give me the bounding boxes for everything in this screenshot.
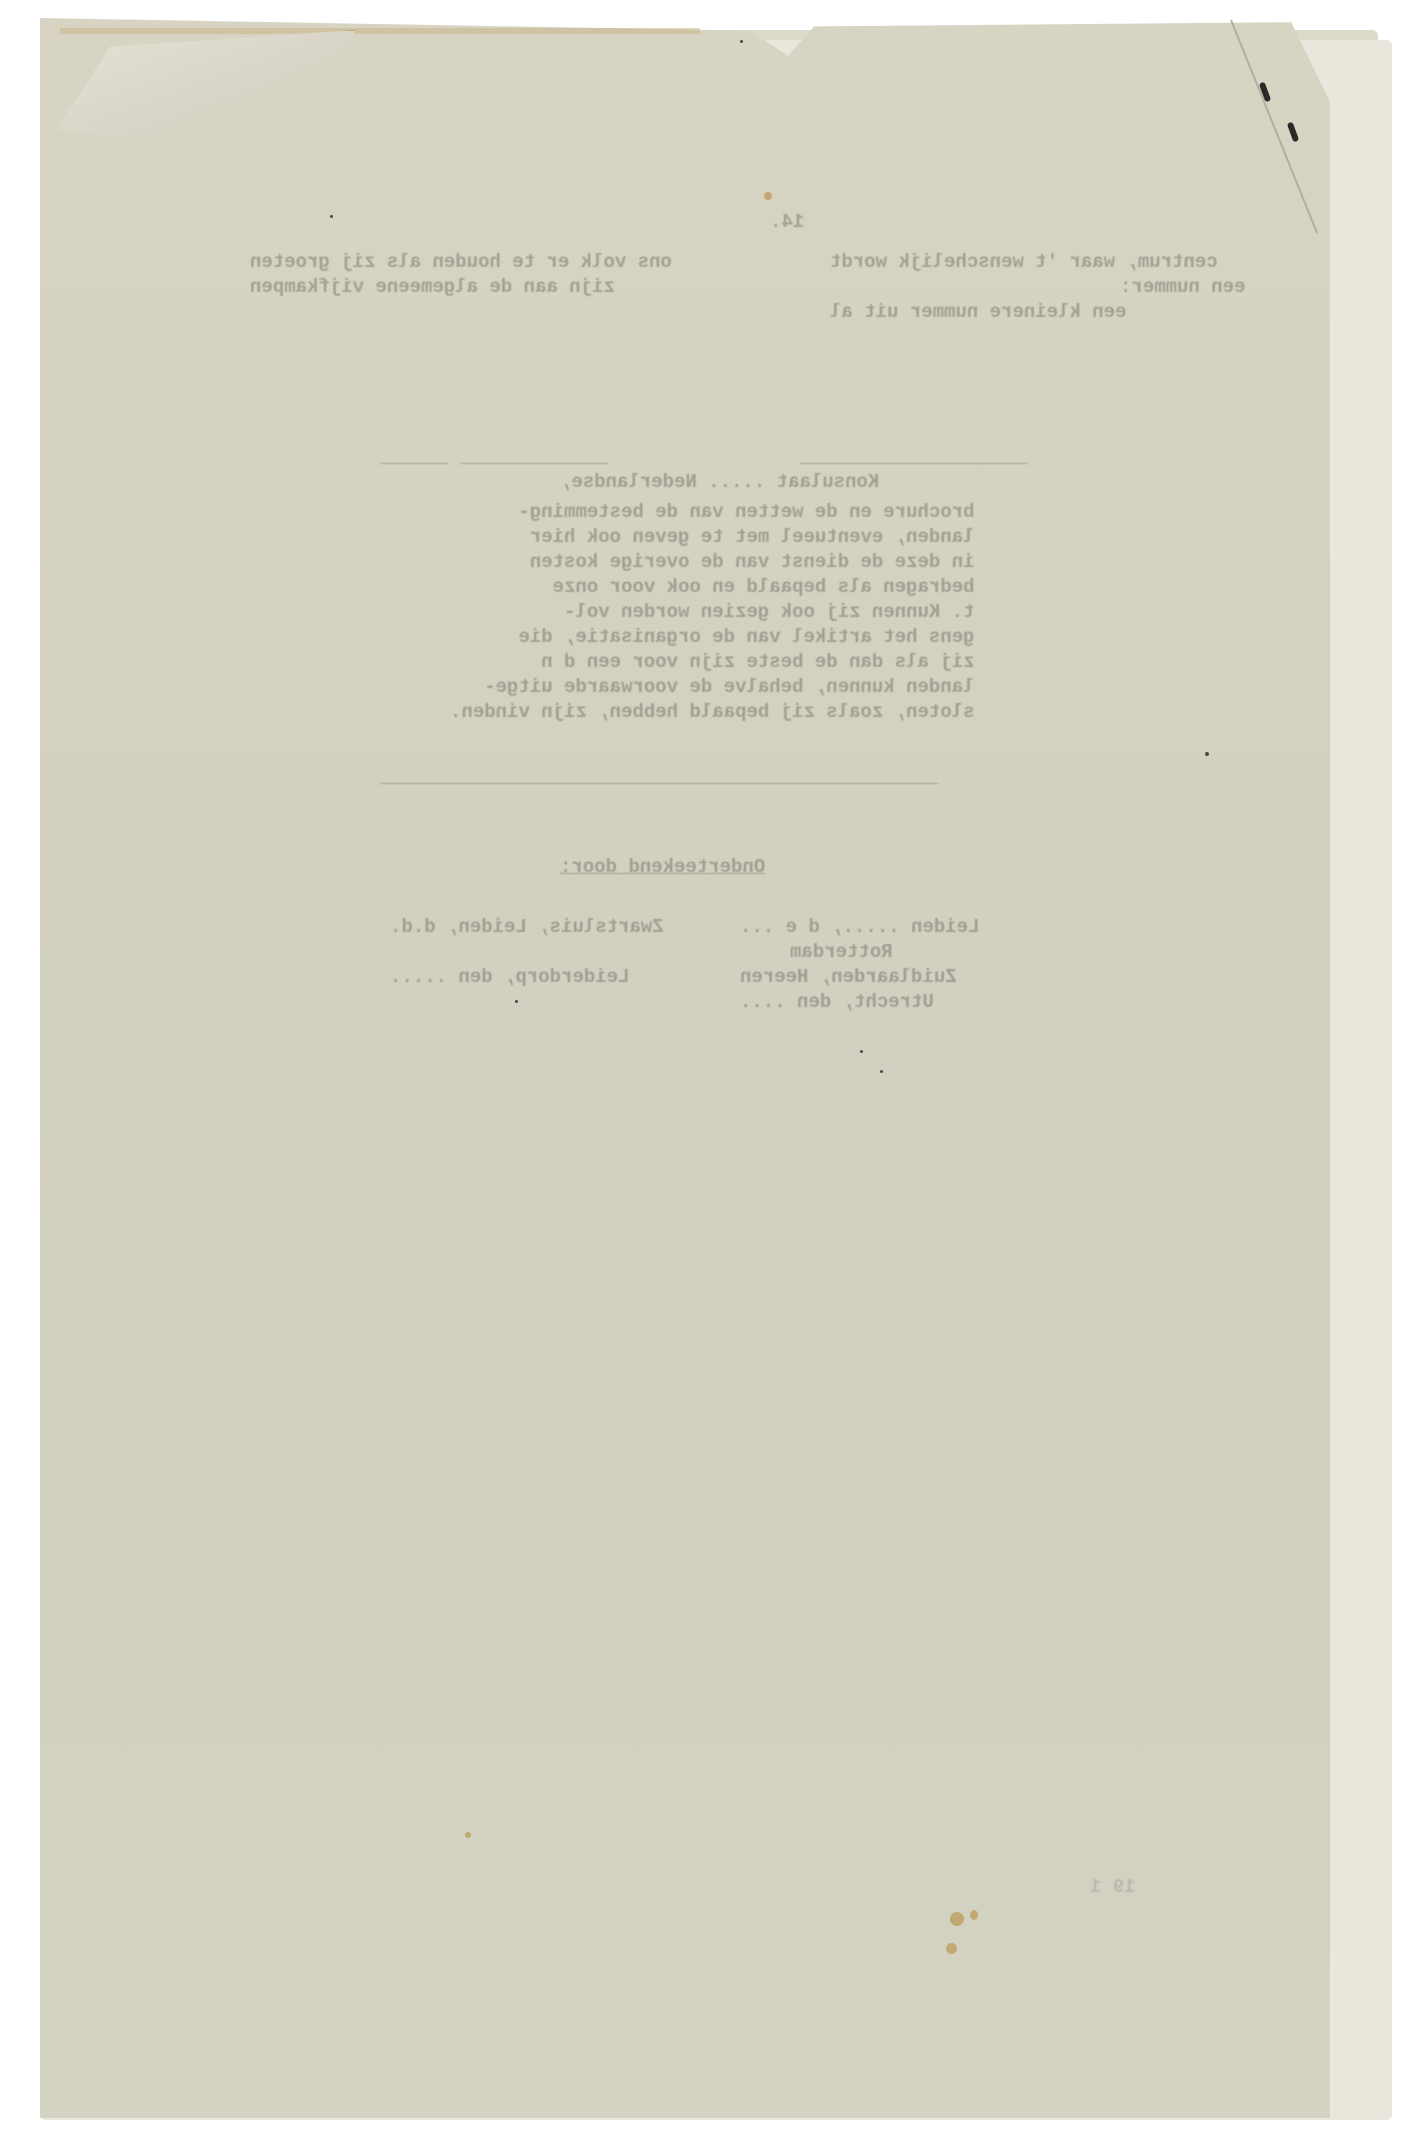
top-left-line-3: een kleinere nummer uit al <box>830 300 1126 325</box>
signature-heading: Onderteekend door: <box>560 855 765 880</box>
footer-mark: 19 1 <box>1090 1875 1136 1900</box>
speck <box>740 40 743 43</box>
main-heading-right: ____________________ <box>800 445 1028 470</box>
speck <box>880 1070 883 1073</box>
main-rule: ________________________________________… <box>380 765 939 790</box>
stain <box>764 192 772 200</box>
stain <box>950 1912 964 1926</box>
signature-left-1: Zwartsluis, Leiden, d.d. <box>390 915 664 940</box>
main-paragraph: brochure en de wetten van de bestemming-… <box>450 500 975 725</box>
signature-right-4: Utrecht, den .... <box>740 990 934 1015</box>
paper-page <box>40 18 1330 2118</box>
signature-right-1: Leiden ....., d e ... <box>740 915 979 940</box>
signature-right-3: Zuidlaarden, Heeren <box>740 965 957 990</box>
torn-top-edge <box>60 28 700 34</box>
top-right-line-1: ons volk er te houden als zij groeten <box>250 250 672 275</box>
stain <box>946 1943 957 1954</box>
speck <box>860 1050 863 1053</box>
stain <box>970 1910 978 1920</box>
speck <box>515 1000 518 1003</box>
speck <box>330 215 333 218</box>
main-heading-left: _____________ ______ <box>380 445 608 470</box>
main-subheading: Konsulaat ..... Nederlandse, <box>560 470 879 495</box>
speck <box>1205 752 1209 756</box>
stain <box>465 1832 471 1838</box>
top-right-line-2: zijn aan de algemeene vijfkampen <box>250 275 615 300</box>
top-left-line-2: een nummer: <box>1120 275 1245 300</box>
header-mark: 14. <box>770 210 804 235</box>
signature-left-2: Leiderdorp, den ..... <box>390 965 743 990</box>
signature-right-2: Rotterdam <box>790 940 893 965</box>
top-left-line-1: centrum, waar 't wenschelijk wordt <box>830 250 1218 275</box>
